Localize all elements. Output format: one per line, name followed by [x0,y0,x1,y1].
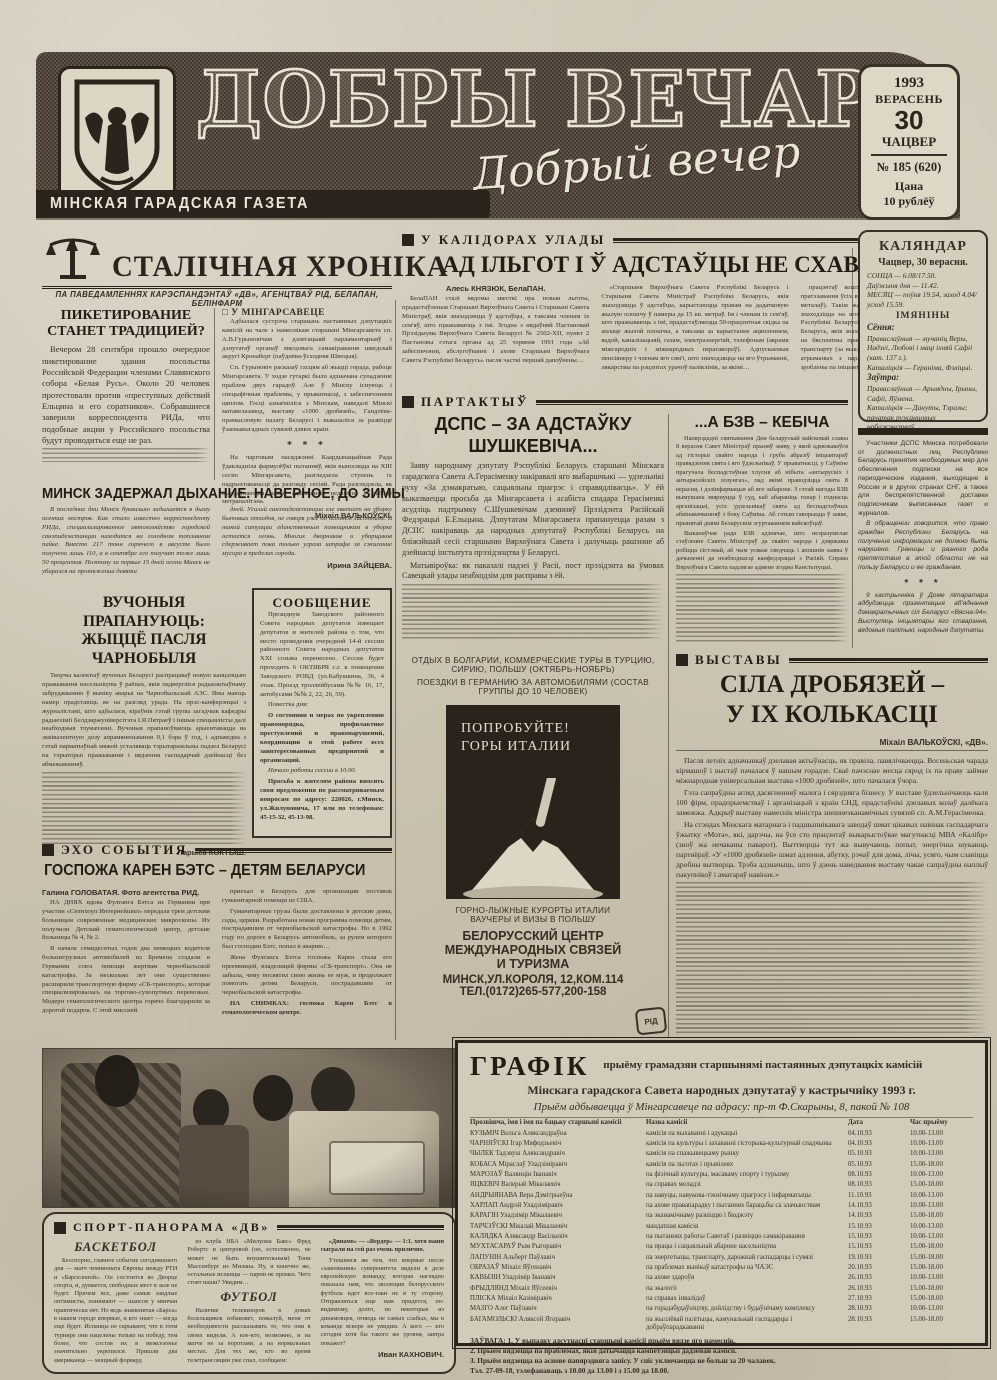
advert-line3: ГОРНО-ЛЫЖНЫЕ КУРОРТЫ ИТАЛИИ [402,906,664,915]
cell-commission: па навуцы, навукова-тэхнічнаму прагрэсу … [646,1192,842,1200]
table-row: ФРЫДЛЯНД Міхаіл Яўсеевіч па экалогіі 26.… [470,1284,973,1294]
rail-text1: Участники ДСПС Минска потребовали от дол… [858,440,988,518]
partaktiv-section-label: ПАРТАКТЫЎ [421,394,529,410]
schedule-title: ГРАФІК [470,1051,589,1082]
cell-date: 11.10.93 [848,1192,904,1200]
notice-box: СООБЩЕНИЕ Президиум Заводского районного… [252,588,392,838]
table-row: МУХТАСАРАЎ Рым Рыгоравіч па працы і сацы… [470,1242,973,1252]
minsk-breath-text1: В последние дни Минск буквально задыхает… [42,506,210,577]
issue-day: 30 [861,107,957,134]
cell-chair-name: КАРАГІН Уладзімір Мікалаевіч [470,1212,640,1220]
corridors-byline: Алесь КНЯЗЮК, БелаПАН. [402,284,589,293]
cell-date: 04.10.93 [848,1130,904,1138]
calendar-date: Чацвер, 30 верасня. [867,256,979,269]
cell-chair-name: КАВЫЗІН Уладзімір Іванавіч [470,1274,640,1282]
bzv-text2: Выканаўчая рада БЗВ адзначае, што незраз… [676,530,848,572]
cell-commission: камісія па культуры і захаванні гісторык… [646,1140,842,1148]
cell-chair-name: ФРЫДЛЯНД Міхаіл Яўсеевіч [470,1285,640,1293]
echo-headline: ГОСПОЖА КАРЕН БЭТС – ДЕТЯМ БЕЛАРУСИ [42,862,368,880]
column-divider [395,300,396,1040]
cell-time: 15.00-18.00 [910,1264,980,1272]
cell-time: 10.00-13.00 [910,1140,980,1148]
table-row: ЛАПУНІН Альберт Паўлавіч па энергетыцы, … [470,1253,973,1263]
calendar-day-length: Даўжыня дня — 11.42. [867,281,979,291]
article-mingarsavets: □ У МІНГАРСАВЕЦЕ Адбылася сустрэча старш… [222,308,392,480]
advert-org-line1: БЕЛОРУССКИЙ ЦЕНТР МЕЖДУНАРОДНЫХ СВЯЗЕЙ [402,929,664,957]
dsps-headline-1: ДСПС – ЗА АДСТАЎКУ [402,414,664,436]
text-filler [402,584,664,641]
mingarsavets-text1: Адбылася сустрэча старшынь пастаянных дэ… [222,318,392,362]
table-row: МАРОЗАЎ Валянцін Іванавіч па фізічнай ку… [470,1170,973,1180]
cell-chair-name: ПЛІСКА Міхаіл Казіміравіч [470,1295,640,1303]
travel-advert[interactable]: ОТДЫХ В БОЛГАРИИ, КОММЕРЧЕСКИЕ ТУРЫ В ТУ… [402,656,664,1038]
cell-time: 10.00-13.00 [910,1274,980,1282]
rail-text2: В обращении говорится, что право граждан… [858,520,988,572]
corridors-section-label: У КАЛІДОРАХ УЛАДЫ [421,232,606,248]
sport-byline: Иван КАХНОВИЧ. [321,1350,444,1359]
cell-date: 08.10.93 [848,1181,904,1189]
table-row: МАЗГО Алег Паўлавіч па горадабудаўніцтву… [470,1304,973,1314]
calendar-today-catholic: Каталіцкія — Гераніма, Фэліцыі. [867,363,979,373]
partaktiv-section-bar: ПАРТАКТЫЎ [402,394,848,410]
cell-commission: мандатная камісія [646,1223,842,1231]
cell-date: 05.10.93 [848,1161,904,1169]
scientists-headline-1: ВУЧОНЫЯ ПРАПАНУЮЦЬ: [42,594,246,631]
street-lamp-icon [42,235,104,284]
cell-date: 08.10.93 [848,1171,904,1179]
cell-time: 10.00-13.00 [910,1305,980,1313]
table-row: ТАРЧЭЎСКІ Мікалай Мікалаевіч мандатная к… [470,1222,973,1232]
notice-start: Начало работы сессии в 10.00. [260,767,384,776]
cell-date: 15.10.93 [848,1223,904,1231]
exhibitions-headline-1: СІЛА ДРОБЯЗЕЙ – [676,670,988,700]
advert-line2: ПОЕЗДКИ В ГЕРМАНИЮ ЗА АВТОМОБИЛЯМИ (СОСТ… [402,678,664,696]
sport-col-basketball: БАСКЕТБОЛ Бесспорно, главное событие сег… [54,1238,177,1367]
exhibitions-text3: На стэндах Мінскага матарнага і падшыпні… [676,820,988,880]
cell-date: 05.10.93 [848,1150,904,1158]
cell-date: 19.10.93 [848,1254,904,1262]
cell-time: 15.00-18.00 [910,1212,980,1220]
cell-date: 28.10.93 [848,1305,904,1313]
section-rule [277,1225,444,1230]
basketball-text: Бесспорно, главное событие сегодняшнего … [54,1257,177,1365]
cell-time: 10.00-13.00 [910,1223,980,1231]
table-row: АНДРЫЯНАВА Вера Дзмітрыеўна па навуцы, н… [470,1191,973,1201]
sport-col-right: «Динамо» — «Вердер» — 1:1, хотя наши сыг… [321,1238,444,1367]
issue-number: № 185 (620) [861,160,957,175]
minsk-breath-col1: В последние дни Минск буквально задыхает… [42,506,210,586]
poster-line2: ГОРЫ ИТАЛИИ [461,738,619,756]
cell-commission: па энергетыцы, транспарту, дарожнай гасп… [646,1254,842,1262]
sport-score-line: «Динамо» — «Вердер» — 1:1, хотя наши сыг… [321,1238,444,1255]
text-filler [676,882,988,1036]
cell-time: 10.00-13.00 [910,1130,980,1138]
table-row: БАГАМОЛЬСКІ Аляксей Ягоравіч па жыллёвай… [470,1315,973,1334]
exhibitions-body: Пасля летніх адпачынкаў дзелавая актыўна… [676,756,988,1036]
section-square-icon [54,1222,66,1234]
text-filler [42,448,210,462]
cell-commission: па жыллёвай палітыцы, камунальнай гаспад… [646,1316,842,1332]
article-bzv: ...А БЗВ – КЕБІЧА Напярэдадні святкаванн… [676,414,848,650]
cell-time: 15.00-18.00 [910,1181,980,1189]
table-row: ЯЦКЕВІЧ Валерый Мікалаевіч па справах мо… [470,1180,973,1190]
price-label: Цана [895,179,923,193]
minsk-breath-headline: МИНСК ЗАДЕРЖАЛ ДЫХАНИЕ. НАВЕРНОЕ, ДО ЗИМ… [42,486,371,502]
cell-date: 15.10.93 [848,1243,904,1251]
notice-text2: Просьба к жителям района вносить свои пр… [260,778,384,822]
calendar-sun: СОНЦА — 6.08/17.50. [867,271,979,281]
advert-address: МИНСК,УЛ.КОРОЛЯ, 12,КОМ.114 [402,974,664,986]
mingarsavets-text2: Сп. Гурыновіч расказаў гасцям аб жыцці г… [222,364,392,435]
cell-chair-name: МАЗГО Алег Паўлавіч [470,1305,640,1313]
bzv-text1: Напярэдадні святкавання Дня беларускай в… [676,435,848,528]
issue-weekday: ЧАЦВЕР [861,134,957,150]
minsk-coat-of-arms-icon [58,66,176,210]
article-picketing: ПИКЕТИРОВАНИЕ СТАНЕТ ТРАДИЦИЕЙ? Вечером … [42,308,210,480]
echo-photo-caption: НА СНИМКАХ: госпожа Карен Бэтс в гематол… [222,1000,392,1018]
cell-commission: камісія па выхаванні і адукацыі [646,1130,842,1138]
notice-agenda-label: Повестка дня: [260,701,384,710]
echo-byline: Галина ГОЛОВАТАЯ. Фото агентства РИД. [42,888,210,897]
section-square-icon [402,396,414,408]
schedule-header-row: Прозвішча, імя і імя па бацьку старшыні … [470,1117,973,1128]
cell-chair-name: АНДРЫЯНАВА Вера Дзмітрыеўна [470,1192,640,1200]
cell-chair-name: ХАРЛАП Андрэй Уладзіміравіч [470,1202,640,1210]
column-divider [668,414,669,1038]
date-box: 1993 ВЕРАСЕНЬ 30 ЧАЦВЕР № 185 (620) Цана… [858,64,960,220]
calendar-names-title: ІМЯНІНЫ [867,310,979,322]
chronicle-banner: СТАЛІЧНАЯ ХРОНІКА [42,232,392,289]
table-row: КАВЫЗІН Уладзімір Іванавіч па ахове здар… [470,1273,973,1283]
column-divider [214,308,215,480]
cell-time: 10.00-13.00 [910,1233,980,1241]
dsps-headline-2: ШУШКЕВІЧА... [402,436,664,458]
cell-commission: па горадабудаўніцтву, дойлідству і будаў… [646,1305,842,1313]
schedule-note-line: ЗАЎВАГА: 1. У выпадку адсутнасці старшын… [470,1336,973,1346]
calendar-tomorrow-label: Заўтра: [867,372,979,384]
football-heading: ФУТБОЛ [187,1290,310,1305]
table-row: ЧАРНЯЎСКІ Ігар Мяфодзьевіч камісія па ку… [470,1139,973,1149]
column-divider [852,248,853,648]
echo-col1-text2: В начале семидесятых годов два немецких … [42,945,210,1016]
schedule-notes: ЗАЎВАГА: 1. У выпадку адсутнасці старшын… [470,1336,973,1375]
calendar-box: КАЛЯНДАР Чацвер, 30 верасня. СОНЦА — 6.0… [858,230,988,422]
calendar-title: КАЛЯНДАР [867,238,979,256]
news-photo [42,1048,458,1208]
table-row: КУЗЬМІЧ Вольга Аляксандраўна камісія па … [470,1128,973,1138]
sport-panorama-box: СПОРТ-ПАНОРАМА «ДВ» БАСКЕТБОЛ Бесспорно,… [42,1212,456,1374]
cell-time: 15.00-18.00 [910,1285,980,1293]
section-square-icon [676,654,688,666]
schedule-rows: КУЗЬМІЧ Вольга Аляксандраўна камісія па … [470,1128,973,1333]
issue-year: 1993 [861,75,957,92]
picketing-headline: ПИКЕТИРОВАНИЕ СТАНЕТ ТРАДИЦИЕЙ? [42,308,210,340]
table-row: ПЛІСКА Міхаіл Казіміравіч па справах інв… [470,1294,973,1304]
notice-title: СООБЩЕНИЕ [260,595,384,611]
minsk-breath-col2: дней. Усилий санэпидемстанции еле хватае… [222,506,392,586]
tagline: МІНСКАЯ ГАРАДСКАЯ ГАЗЕТА [50,195,309,213]
calendar-today-label: Сёння: [867,322,979,334]
cell-date: 27.10.93 [848,1295,904,1303]
cell-commission: камісія па льготах і прывілеях [646,1161,842,1169]
advert-org-line2: И ТУРИЗМА [402,957,664,971]
cell-date: 26.10.93 [848,1285,904,1293]
cell-chair-name: БАГАМОЛЬСКІ Аляксей Ягоравіч [470,1316,640,1332]
scientists-headline-2: ЖЫЦЦЁ ПАСЛЯ ЧАРНОБЫЛЯ [42,631,246,668]
calendar-moon: МЕСЯЦ — поўня 19.54, заход 4.04/усход 15… [867,290,979,309]
schedule-subtitle: Мінскага гарадскога Савета народных дэпу… [470,1083,973,1098]
cell-chair-name: ЛАПУНІН Альберт Паўлавіч [470,1254,640,1262]
col-header-time: Час прыёму [910,1119,980,1127]
echo-section-bar: ЭХО СОБЫТИЯ [42,842,392,858]
exhibitions-section-bar: ВЫСТАВЫ [676,652,988,668]
calendar-today-orthodox: Праваслаўныя — мучаніц Веры, Надзеі, Люб… [867,334,979,363]
ice-cream-mountain-icon [447,778,619,898]
advert-line1: ОТДЫХ В БОЛГАРИИ, КОММЕРЧЕСКИЕ ТУРЫ В ТУ… [402,656,664,674]
cell-chair-name: ОБРАЗАЎ Міхаіл Яўгенавіч [470,1264,640,1272]
table-row: КАРАГІН Уладзімір Мікалаевіч па эканаміч… [470,1211,973,1221]
echo-col2-text3: Жена Фулганга Бэтса госпожа Карен стала … [222,954,392,998]
cell-date: 20.10.93 [848,1264,904,1272]
square-bullet: □ [222,308,228,318]
section-square-icon [42,844,54,856]
cell-commission: па ахове здароўя [646,1274,842,1282]
cell-time: 10.00-13.00 [910,1150,980,1158]
section-rule [789,658,988,663]
corridors-col2-text: «Старшыня Вярхоўнага Савета Рэспублікі Б… [601,284,788,372]
notice-agenda: О состоянии и мерах по укреплению правоп… [260,712,384,765]
cell-chair-name: ТАРЧЭЎСКІ Мікалай Мікалаевіч [470,1223,640,1231]
cell-chair-name: МУХТАСАРАЎ Рым Рыгоравіч [470,1243,640,1251]
schedule-address: Прыём адбываецца ў Мінгарсавеце па адрас… [470,1101,973,1113]
cell-commission: па справах інвалідаў [646,1295,842,1303]
cell-time: 15.00-18.00 [910,1161,980,1169]
masthead-title: ДОБРЫ ВЕЧАР [196,62,872,139]
schedule-box: ГРАФІК прыёму грамадзян старшынямі паста… [455,1040,988,1346]
cell-time: 15.00-18.00 [910,1254,980,1262]
schedule-note-line: Тэл. 27-09-18, тэлефанаваць з 10.00 да 1… [470,1366,973,1376]
advert-poster: ПОПРОБУЙТЕ! ГОРЫ ИТАЛИИ [447,706,619,898]
cell-commission: па эканамічнаму развіццю і бюджэту [646,1212,842,1220]
exhibitions-text1: Пасля летніх адпачынкаў дзелавая актыўна… [676,756,988,786]
minsk-breath-text2: дней. Усилий санэпидемстанции еле хватае… [222,506,392,559]
cell-time: 10.00-13.00 [910,1171,980,1179]
table-row: ОБРАЗАЎ Міхаіл Яўгенавіч па праблемах вы… [470,1263,973,1273]
sport-col3-text: Утешимся же тем, что впервые после «заво… [321,1257,444,1348]
cell-time: 15.00-18.00 [910,1295,980,1303]
cell-chair-name: ЧЫЛЕК Тадэвуш Аляксандравіч [470,1150,640,1158]
article-scientists: ВУЧОНЫЯ ПРАПАНУЮЦЬ: ЖЫЦЦЁ ПАСЛЯ ЧАРНОБЫЛ… [42,594,246,836]
cell-date: 04.10.93 [848,1140,904,1148]
advert-phone: ТЕЛ.(0172)265-577,200-158 [402,986,664,998]
col-header-name: Прозвішча, імя і імя па бацьку старшыні … [470,1119,640,1127]
photo-vignette [43,1049,457,1207]
cell-time: 10.00-13.00 [910,1192,980,1200]
echo-col2: приехал в Беларусь для организации поста… [222,888,392,1044]
echo-section-label: ЭХО СОБЫТИЯ [61,842,188,858]
cell-date: 28.10.93 [848,1316,904,1332]
sport-col-middle: из клуба НБА «Милуоки Бакс» Фред Робертс… [187,1238,310,1367]
calendar-tomorrow-orthodox: Праваслаўныя — Арыядны, Ірыны, Сафіі, Яў… [867,384,979,403]
schedule-note-line: 3. Прыём вядзецца на аснове папярэдняга … [470,1356,973,1366]
cell-commission: па ахове правапарадку і пытаннях барацьб… [646,1202,842,1210]
cell-commission: па праблемах вынікаў катастрофы на ЧАЭС [646,1264,842,1272]
exhibitions-section-label: ВЫСТАВЫ [695,652,782,668]
cell-commission: па справах моладзі [646,1181,842,1189]
cell-commission: па працы і сацыяльнай абароне насельніцт… [646,1243,842,1251]
rail-divider-bar [858,428,988,435]
rid-agency-mark: РІД [635,1007,668,1036]
cell-chair-name: ЯЦКЕВІЧ Валерый Мікалаевіч [470,1181,640,1189]
stars-separator: * * * [222,439,392,452]
poster-line1: ПОПРОБУЙТЕ! [461,720,619,738]
schedule-title-tail: прыёму грамадзян старшынямі пастаянных д… [603,1051,922,1073]
cell-chair-name: ЧАРНЯЎСКІ Ігар Мяфодзьевіч [470,1140,640,1148]
exhibitions-headline-2: У ІХ КОЛЬКАСЦІ [676,700,988,730]
exhibitions-byline: Міхаіл ВАЛЬКОЎСКІ, «ДВ». [676,738,988,747]
sport-section-bar: СПОРТ-ПАНОРАМА «ДВ» [54,1220,444,1235]
corridors-col1-text: БелаПАН сталі вядомы звесткі пра новыя л… [402,295,589,366]
cell-commission: па пытаннях работы Саветаў і развіццю са… [646,1233,842,1241]
col-header-commission: Назва камісіі [646,1119,842,1127]
chronicle-source-line: ПА ПАВЕДАМЛЕННЯХ КАРЭСПАНДЭНТАЎ «ДВ», АГ… [42,290,392,308]
minsk-breath-byline: Ирина ЗАЙЦЕВА. [222,561,392,570]
section-rule [536,400,848,405]
sport-col2-text1: из клуба НБА «Милуоки Бакс» Фред Робертс… [187,1238,310,1288]
cell-date: 14.10.93 [848,1212,904,1220]
rule [676,750,988,751]
picketing-text: Вечером 28 сентября прошло очередное пик… [42,344,210,446]
bzv-headline: ...А БЗВ – КЕБІЧА [676,414,848,432]
cell-time: 10.00-13.00 [910,1202,980,1210]
col-header-date: Дата [848,1119,904,1127]
cell-commission: камісія па спажывецкаму рынку [646,1150,842,1158]
notice-text1: Президиум Заводского районного Совета на… [260,611,384,699]
article-dsps: ДСПС – ЗА АДСТАЎКУ ШУШКЕВІЧА... Заяву на… [402,414,664,650]
cell-time: 15.00-18.00 [910,1243,980,1251]
sport-section-label: СПОРТ-ПАНОРАМА «ДВ» [73,1220,270,1235]
table-row: КОБАСА Міраслаў Уладзіміравіч камісія па… [470,1160,973,1170]
echo-col2-text1: приехал в Беларусь для организации поста… [222,888,392,906]
table-row: КАЛЯДКА Аляксандр Васільевіч па пытаннях… [470,1232,973,1242]
section-square-icon [402,234,414,246]
cell-chair-name: КУЗЬМІЧ Вольга Аляксандраўна [470,1130,640,1138]
cell-time: 15.00-18.00 [910,1316,980,1332]
text-filler [42,772,246,847]
basketball-heading: БАСКЕТБОЛ [54,1240,177,1255]
exhibitions-headline: СІЛА ДРОБЯЗЕЙ – У ІХ КОЛЬКАСЦІ [676,670,988,730]
cell-commission: па экалогіі [646,1285,842,1293]
rail-text3: 9 кастрычніка ў Доме літаратара адбудзец… [858,592,988,636]
echo-col2-text2: Гуманитарные грузы были доставлены в дет… [222,908,392,952]
exhibitions-text2: Гэта сапраўдны агляд дасягненняў малога … [676,788,988,818]
table-row: ЧЫЛЕК Тадэвуш Аляксандравіч камісія па с… [470,1149,973,1159]
dsps-text2: Матывіроўка: як паказалі падзеі ў Расіі,… [402,561,664,583]
newspaper-page: ДОБРЫ ВЕЧАР Добрый вечер МІНСКАЯ ГАРАДСК… [0,0,997,1380]
cell-chair-name: КОБАСА Міраслаў Уладзіміравіч [470,1161,640,1169]
cell-date: 26.10.93 [848,1274,904,1282]
schedule-note-line: 2. Прыём вядзецца па праблемах, якія дат… [470,1346,973,1356]
dsps-text: Заяву народнаму дэпутату Рэспублікі Бела… [402,461,664,558]
section-rule [195,848,392,853]
rail-news-column: Участники ДСПС Минска потребовали от дол… [858,440,988,648]
chronicle-title: СТАЛІЧНАЯ ХРОНІКА [112,250,449,284]
cell-chair-name: КАЛЯДКА Аляксандр Васільевіч [470,1233,640,1241]
cell-date: 14.10.93 [848,1202,904,1210]
scientists-text: Творчы калектыў вучоных Беларусі распрац… [42,672,246,769]
mingarsavets-headline: У МІНГАРСАВЕЦЕ [231,308,325,318]
price-value: 10 рублёў [883,194,934,208]
text-filler [676,574,848,643]
tagline-bar: МІНСКАЯ ГАРАДСКАЯ ГАЗЕТА [36,190,490,218]
stars-separator: * * * [858,577,988,590]
cell-chair-name: МАРОЗАЎ Валянцін Іванавіч [470,1171,640,1179]
sport-col2-text2: Наличие телевизоров в домах болельщиков … [187,1307,310,1365]
table-row: ХАРЛАП Андрэй Уладзіміравіч па ахове пра… [470,1201,973,1211]
echo-col1-text1: НА ДНЯХ вдова Фулганга Бэтса из Германии… [42,899,210,943]
echo-col1: Галина ГОЛОВАТАЯ. Фото агентства РИД. НА… [42,888,210,1044]
cell-commission: па фізічнай культуры, масаваму спорту і … [646,1171,842,1179]
cell-date: 15.10.93 [848,1233,904,1241]
advert-line4: ВАУЧЕРЫ И ВИЗЫ В ПОЛЬШУ [402,915,664,924]
